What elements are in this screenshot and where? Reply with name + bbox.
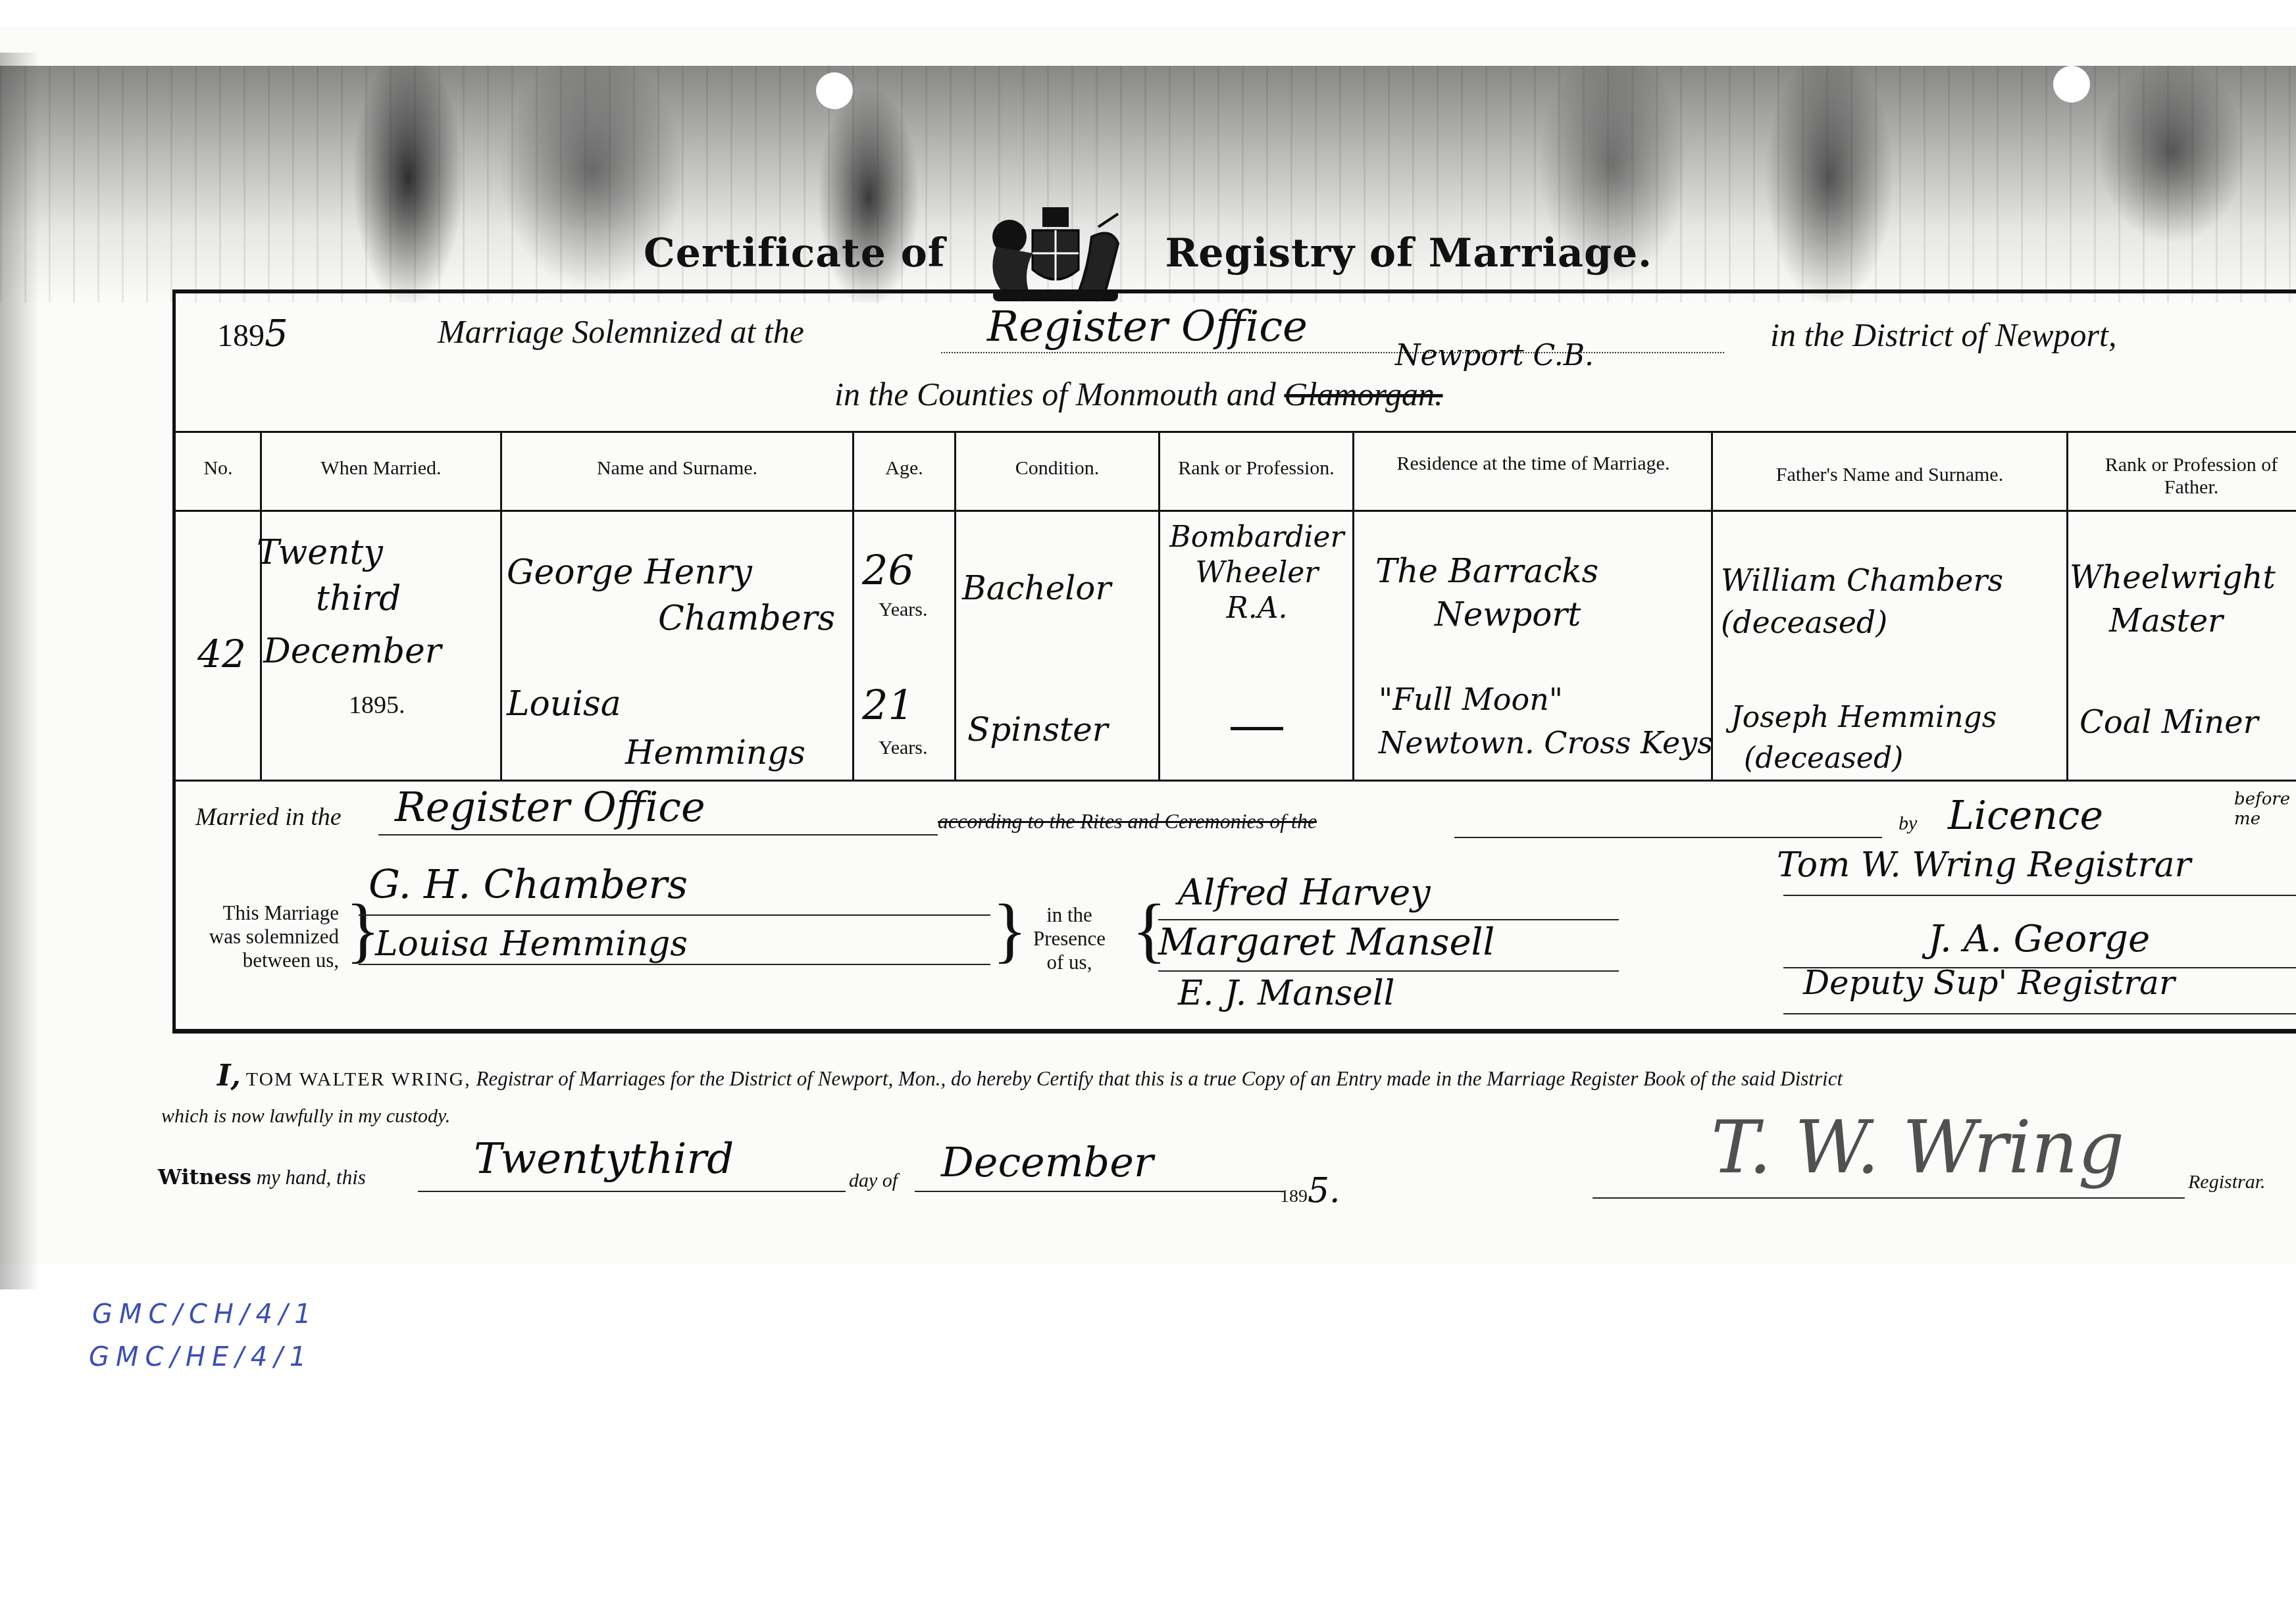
place-field-line xyxy=(941,352,1724,353)
table-bottom-rule xyxy=(174,780,2296,782)
witness-text: my hand, this xyxy=(257,1166,366,1189)
married-in-label: Married in the xyxy=(195,803,342,832)
counties-label: in the Counties of xyxy=(834,376,1067,412)
col-sep xyxy=(500,433,502,780)
witness-3-signature: E. J. Mansell xyxy=(1178,974,1394,1013)
day-of-label: day of xyxy=(849,1170,898,1192)
cert-year: 1895. xyxy=(1280,1171,1340,1210)
header-residence: Residence at the time of Marriage. xyxy=(1369,453,1698,475)
col-sep xyxy=(954,433,956,780)
header-name: Name and Surname. xyxy=(502,457,852,480)
official-line xyxy=(1783,895,2296,896)
witness-1-signature: Alfred Harvey xyxy=(1178,872,1431,913)
deputy-signature: J. A. George xyxy=(1928,918,2150,960)
witness-label: Witness xyxy=(158,1164,251,1189)
groom-father-name-line: (deceased) xyxy=(1721,601,2003,643)
header-age: Age. xyxy=(854,457,954,480)
solemnized-place: Register Office xyxy=(987,303,1308,351)
official-line xyxy=(1783,1013,2296,1014)
cert-year-value: 5. xyxy=(1308,1171,1340,1210)
bride-condition: Spinster xyxy=(967,711,1108,749)
party-line xyxy=(359,964,990,965)
year-handwritten: 5 xyxy=(265,312,288,355)
by-label: by xyxy=(1899,812,1917,835)
groom-rank-line: Wheeler xyxy=(1161,555,1352,591)
bride-father-name: Joseph Hemmings (deceased) xyxy=(1731,697,1997,779)
col-sep xyxy=(1352,433,1354,780)
groom-father-rank-line: Master xyxy=(2070,599,2276,643)
county-2-insert: Newport C.B. xyxy=(1395,339,1594,372)
witness-line xyxy=(1158,919,1619,920)
registrar-label: Registrar. xyxy=(2188,1171,2266,1193)
header-no: No. xyxy=(176,457,260,480)
groom-father-name: William Chambers (deceased) xyxy=(1721,559,2003,643)
custody-text: which is now lawfully in my custody. xyxy=(161,1105,450,1128)
between-label-line: between us, xyxy=(197,949,339,972)
deputy-title: Deputy Sup' Registrar xyxy=(1803,964,2175,1002)
registrar-signature: Tom W. Wring Registrar xyxy=(1777,845,2191,885)
reference-annotation-1: GMC/CH/4/1 xyxy=(92,1299,318,1330)
certification-text: Registrar of Marriages for the District … xyxy=(476,1067,1843,1090)
bride-residence-line: "Full Moon" xyxy=(1379,678,1713,721)
bride-residence-line: Newtown. Cross Keys xyxy=(1379,721,1713,764)
header-father-name: Father's Name and Surname. xyxy=(1713,464,2066,486)
bride-age: 21 xyxy=(862,681,914,729)
when-married-year: 1895. xyxy=(349,691,405,720)
cert-year-prefix: 189 xyxy=(1280,1186,1308,1207)
married-in-line xyxy=(378,834,938,835)
header-when-married: When Married. xyxy=(262,457,500,480)
groom-rank-line: Bombardier xyxy=(1161,520,1352,555)
col-sep xyxy=(2066,433,2068,780)
col-sep xyxy=(1158,433,1160,780)
between-label-line: This Marriage xyxy=(197,901,339,925)
county-2-struck: Glamorgan. xyxy=(1284,376,1442,412)
title-left: Certificate of xyxy=(644,230,946,276)
punch-hole xyxy=(816,72,853,109)
groom-surname: Chambers xyxy=(658,599,835,638)
groom-condition: Bachelor xyxy=(962,569,1111,607)
groom-forenames: George Henry xyxy=(507,553,752,592)
presence-label-line: in the xyxy=(1027,903,1112,927)
groom-residence-line: The Barracks xyxy=(1375,549,1598,593)
table-top-rule xyxy=(174,431,2296,433)
month-value: December xyxy=(941,1138,1154,1186)
bride-forenames: Louisa xyxy=(507,684,621,724)
header-condition: Condition. xyxy=(956,457,1158,480)
groom-father-rank-line: Wheelwright xyxy=(2070,556,2276,599)
bride-age-unit: Years. xyxy=(879,737,927,759)
when-married-ordinal: third xyxy=(316,579,401,618)
year-line: 1895 xyxy=(217,312,288,355)
punch-hole xyxy=(2053,66,2090,103)
certification-initial: I, xyxy=(217,1059,241,1093)
groom-age-unit: Years. xyxy=(879,599,927,621)
entry-number: 42 xyxy=(197,632,246,676)
solemnized-label: Marriage Solemnized at the xyxy=(438,312,804,351)
bride-surname: Hemmings xyxy=(625,734,805,772)
col-sep xyxy=(852,433,854,780)
registrar-name: TOM WALTER WRING, xyxy=(246,1068,471,1090)
rites-line xyxy=(1454,837,1882,838)
header-rank: Rank or Profession. xyxy=(1160,457,1352,480)
groom-rank-line: R.A. xyxy=(1161,591,1352,626)
signature-line xyxy=(1593,1197,2185,1199)
by-value: Licence xyxy=(1948,793,2103,839)
groom-father-rank: Wheelwright Master xyxy=(2070,556,2276,643)
between-label: This Marriage was solemnized between us, xyxy=(197,901,339,972)
groom-signature: G. H. Chambers xyxy=(369,862,688,908)
year-prefix: 189 xyxy=(217,318,265,353)
counties-line: in the Counties of Monmouth and Glamorga… xyxy=(834,375,1443,413)
bride-signature: Louisa Hemmings xyxy=(375,924,688,964)
day-line xyxy=(418,1191,846,1192)
when-married-day: Twenty xyxy=(257,533,383,572)
header-father-rank: Rank or Profession of Father. xyxy=(2079,454,2296,499)
bride-rank-dash: — xyxy=(1231,727,1283,730)
counties-and: and xyxy=(1227,376,1276,412)
registrar-final-signature: T. W. Wring xyxy=(1711,1105,2124,1189)
col-sep xyxy=(260,433,262,780)
certificate-page: Certificate of Registry of Marriage. 189… xyxy=(0,26,2296,1263)
margin-note: before me xyxy=(2234,789,2287,829)
groom-rank: Bombardier Wheeler R.A. xyxy=(1161,520,1352,626)
table-header-rule xyxy=(174,510,2296,512)
bride-father-name-line: Joseph Hemmings xyxy=(1731,697,1997,738)
reference-annotation-2: GMC/HE/4/1 xyxy=(89,1342,313,1372)
title-right: Registry of Marriage. xyxy=(1165,230,1652,276)
between-label-line: was solemnized xyxy=(197,925,339,949)
groom-father-name-line: William Chambers xyxy=(1721,559,2003,601)
witness-hand-line: Witness my hand, this xyxy=(158,1164,366,1189)
bride-residence: "Full Moon" Newtown. Cross Keys xyxy=(1379,678,1713,764)
witness-line xyxy=(1158,970,1619,972)
presence-label: in the Presence of us, xyxy=(1027,903,1112,974)
when-married-month: December xyxy=(263,632,442,671)
party-line xyxy=(359,914,990,916)
presence-label-line: Presence xyxy=(1027,927,1112,951)
married-in-value: Register Office xyxy=(395,783,705,831)
day-value: Twentythird xyxy=(474,1135,734,1184)
certification-line: I, TOM WALTER WRING, Registrar of Marria… xyxy=(217,1059,1843,1093)
presence-label-line: of us, xyxy=(1027,951,1112,974)
groom-residence: The Barracks Newport xyxy=(1375,549,1598,636)
groom-residence-line: Newport xyxy=(1375,593,1598,636)
rites-struck: according to the Rites and Ceremonies of… xyxy=(938,809,1317,834)
groom-age: 26 xyxy=(862,546,914,594)
witness-2-signature: Margaret Mansell xyxy=(1158,921,1494,964)
month-line xyxy=(915,1191,1283,1192)
middle-brace: } xyxy=(992,893,1027,966)
bride-father-name-line: (deceased) xyxy=(1731,738,1997,779)
district-label: in the District of Newport, xyxy=(1770,316,2116,354)
county-1: Monmouth xyxy=(1076,376,1219,412)
bride-father-rank: Coal Miner xyxy=(2079,704,2258,741)
